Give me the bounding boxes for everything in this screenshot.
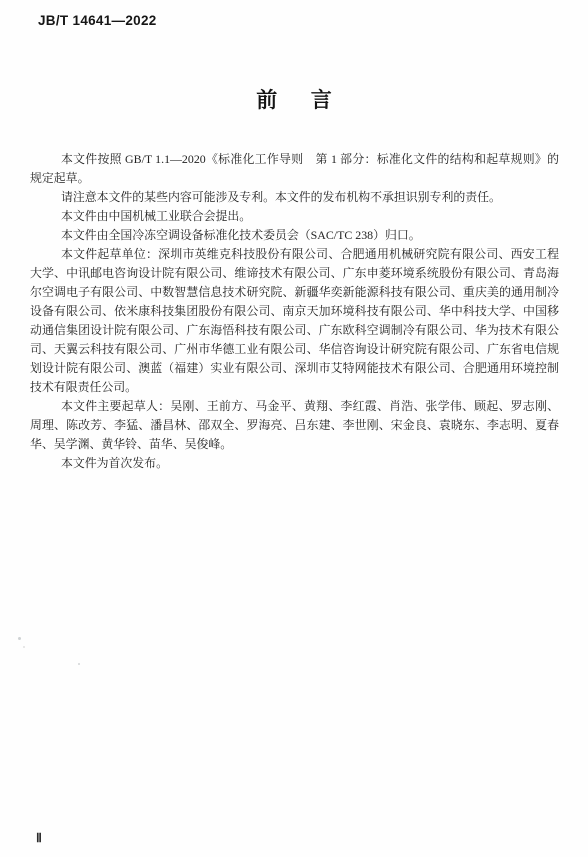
paragraph-patent-notice: 请注意本文件的某些内容可能涉及专利。本文件的发布机构不承担识别专利的责任。 <box>30 188 559 207</box>
paragraph-chief-drafters: 本文件主要起草人：吴刚、王前方、马金平、黄翔、李红霞、肖浩、张学伟、顾起、罗志刚… <box>30 397 559 454</box>
scan-artifact-dot <box>23 646 25 648</box>
paragraph-drafting-rules: 本文件按照 GB/T 1.1—2020《标准化工作导则 第 1 部分：标准化文件… <box>30 150 559 188</box>
scan-artifact-dot <box>18 637 21 640</box>
standard-number: JB/T 14641—2022 <box>38 13 157 28</box>
page-number: Ⅱ <box>36 831 42 846</box>
document-page: JB/T 14641—2022 前 言 本文件按照 GB/T 1.1—2020《… <box>0 0 588 857</box>
paragraph-first-issue: 本文件为首次发布。 <box>30 454 559 473</box>
paragraph-drafting-organizations: 本文件起草单位：深圳市英维克科技股份有限公司、合肥通用机械研究院有限公司、西安工… <box>30 245 559 397</box>
foreword-title: 前 言 <box>0 84 588 114</box>
paragraph-centralized-by: 本文件由全国冷冻空调设备标准化技术委员会（SAC/TC 238）归口。 <box>30 226 559 245</box>
scan-artifact-dot <box>78 663 80 665</box>
paragraph-proposed-by: 本文件由中国机械工业联合会提出。 <box>30 207 559 226</box>
foreword-body: 本文件按照 GB/T 1.1—2020《标准化工作导则 第 1 部分：标准化文件… <box>30 150 559 473</box>
